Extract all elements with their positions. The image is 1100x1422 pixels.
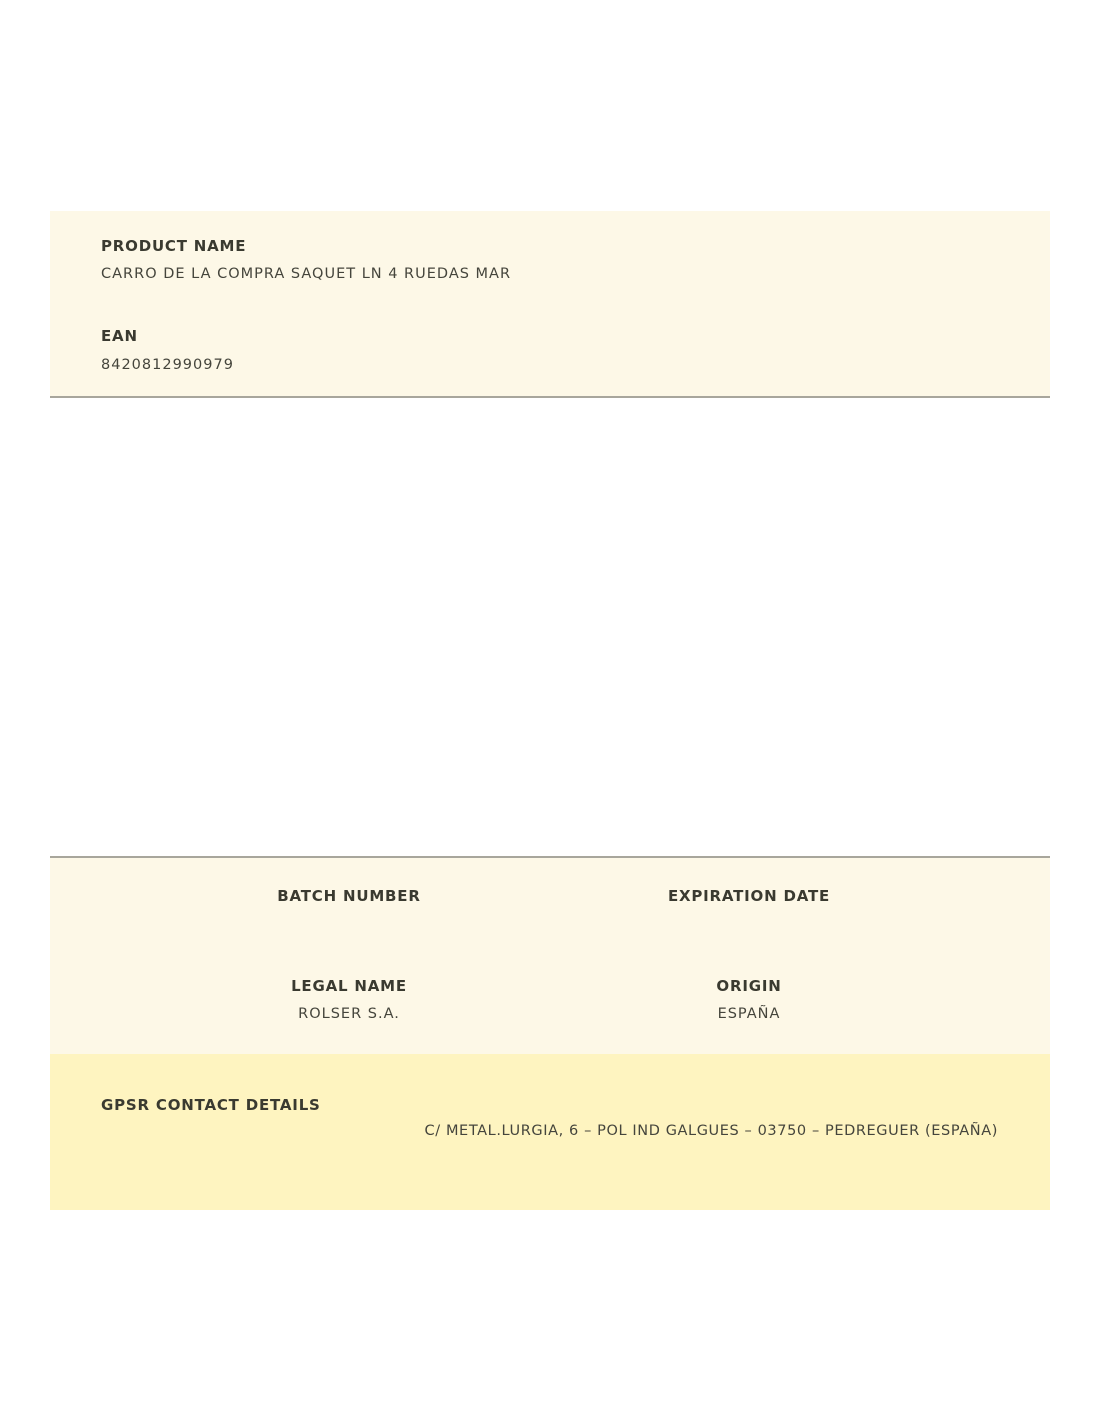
gpsr-contact-value: C/ METAL.LURGIA, 6 – POL IND GALGUES – 0… — [425, 1123, 998, 1139]
origin-value: ESPAÑA — [599, 1006, 899, 1022]
expiration-date-label: EXPIRATION DATE — [668, 887, 830, 905]
gpsr-contact-section: GPSR CONTACT DETAILS C/ METAL.LURGIA, 6 … — [50, 1054, 1050, 1210]
product-details-section: BATCH NUMBER EXPIRATION DATE LEGAL NAME … — [50, 856, 1050, 1056]
batch-number-field: BATCH NUMBER — [199, 886, 499, 916]
product-info-section: PRODUCT NAME CARRO DE LA COMPRA SAQUET L… — [50, 211, 1050, 398]
gpsr-contact-label: GPSR CONTACT DETAILS — [101, 1096, 321, 1114]
origin-field: ORIGIN ESPAÑA — [599, 976, 899, 1022]
batch-number-label: BATCH NUMBER — [277, 887, 420, 905]
origin-label: ORIGIN — [716, 977, 781, 995]
legal-name-label: LEGAL NAME — [291, 977, 407, 995]
ean-label: EAN — [101, 327, 138, 345]
expiration-date-field: EXPIRATION DATE — [599, 886, 899, 916]
legal-name-value: ROLSER S.A. — [199, 1006, 499, 1022]
ean-value: 8420812990979 — [101, 357, 234, 373]
legal-name-field: LEGAL NAME ROLSER S.A. — [199, 976, 499, 1022]
product-name-label: PRODUCT NAME — [101, 237, 246, 255]
product-name-value: CARRO DE LA COMPRA SAQUET LN 4 RUEDAS MA… — [101, 266, 511, 282]
